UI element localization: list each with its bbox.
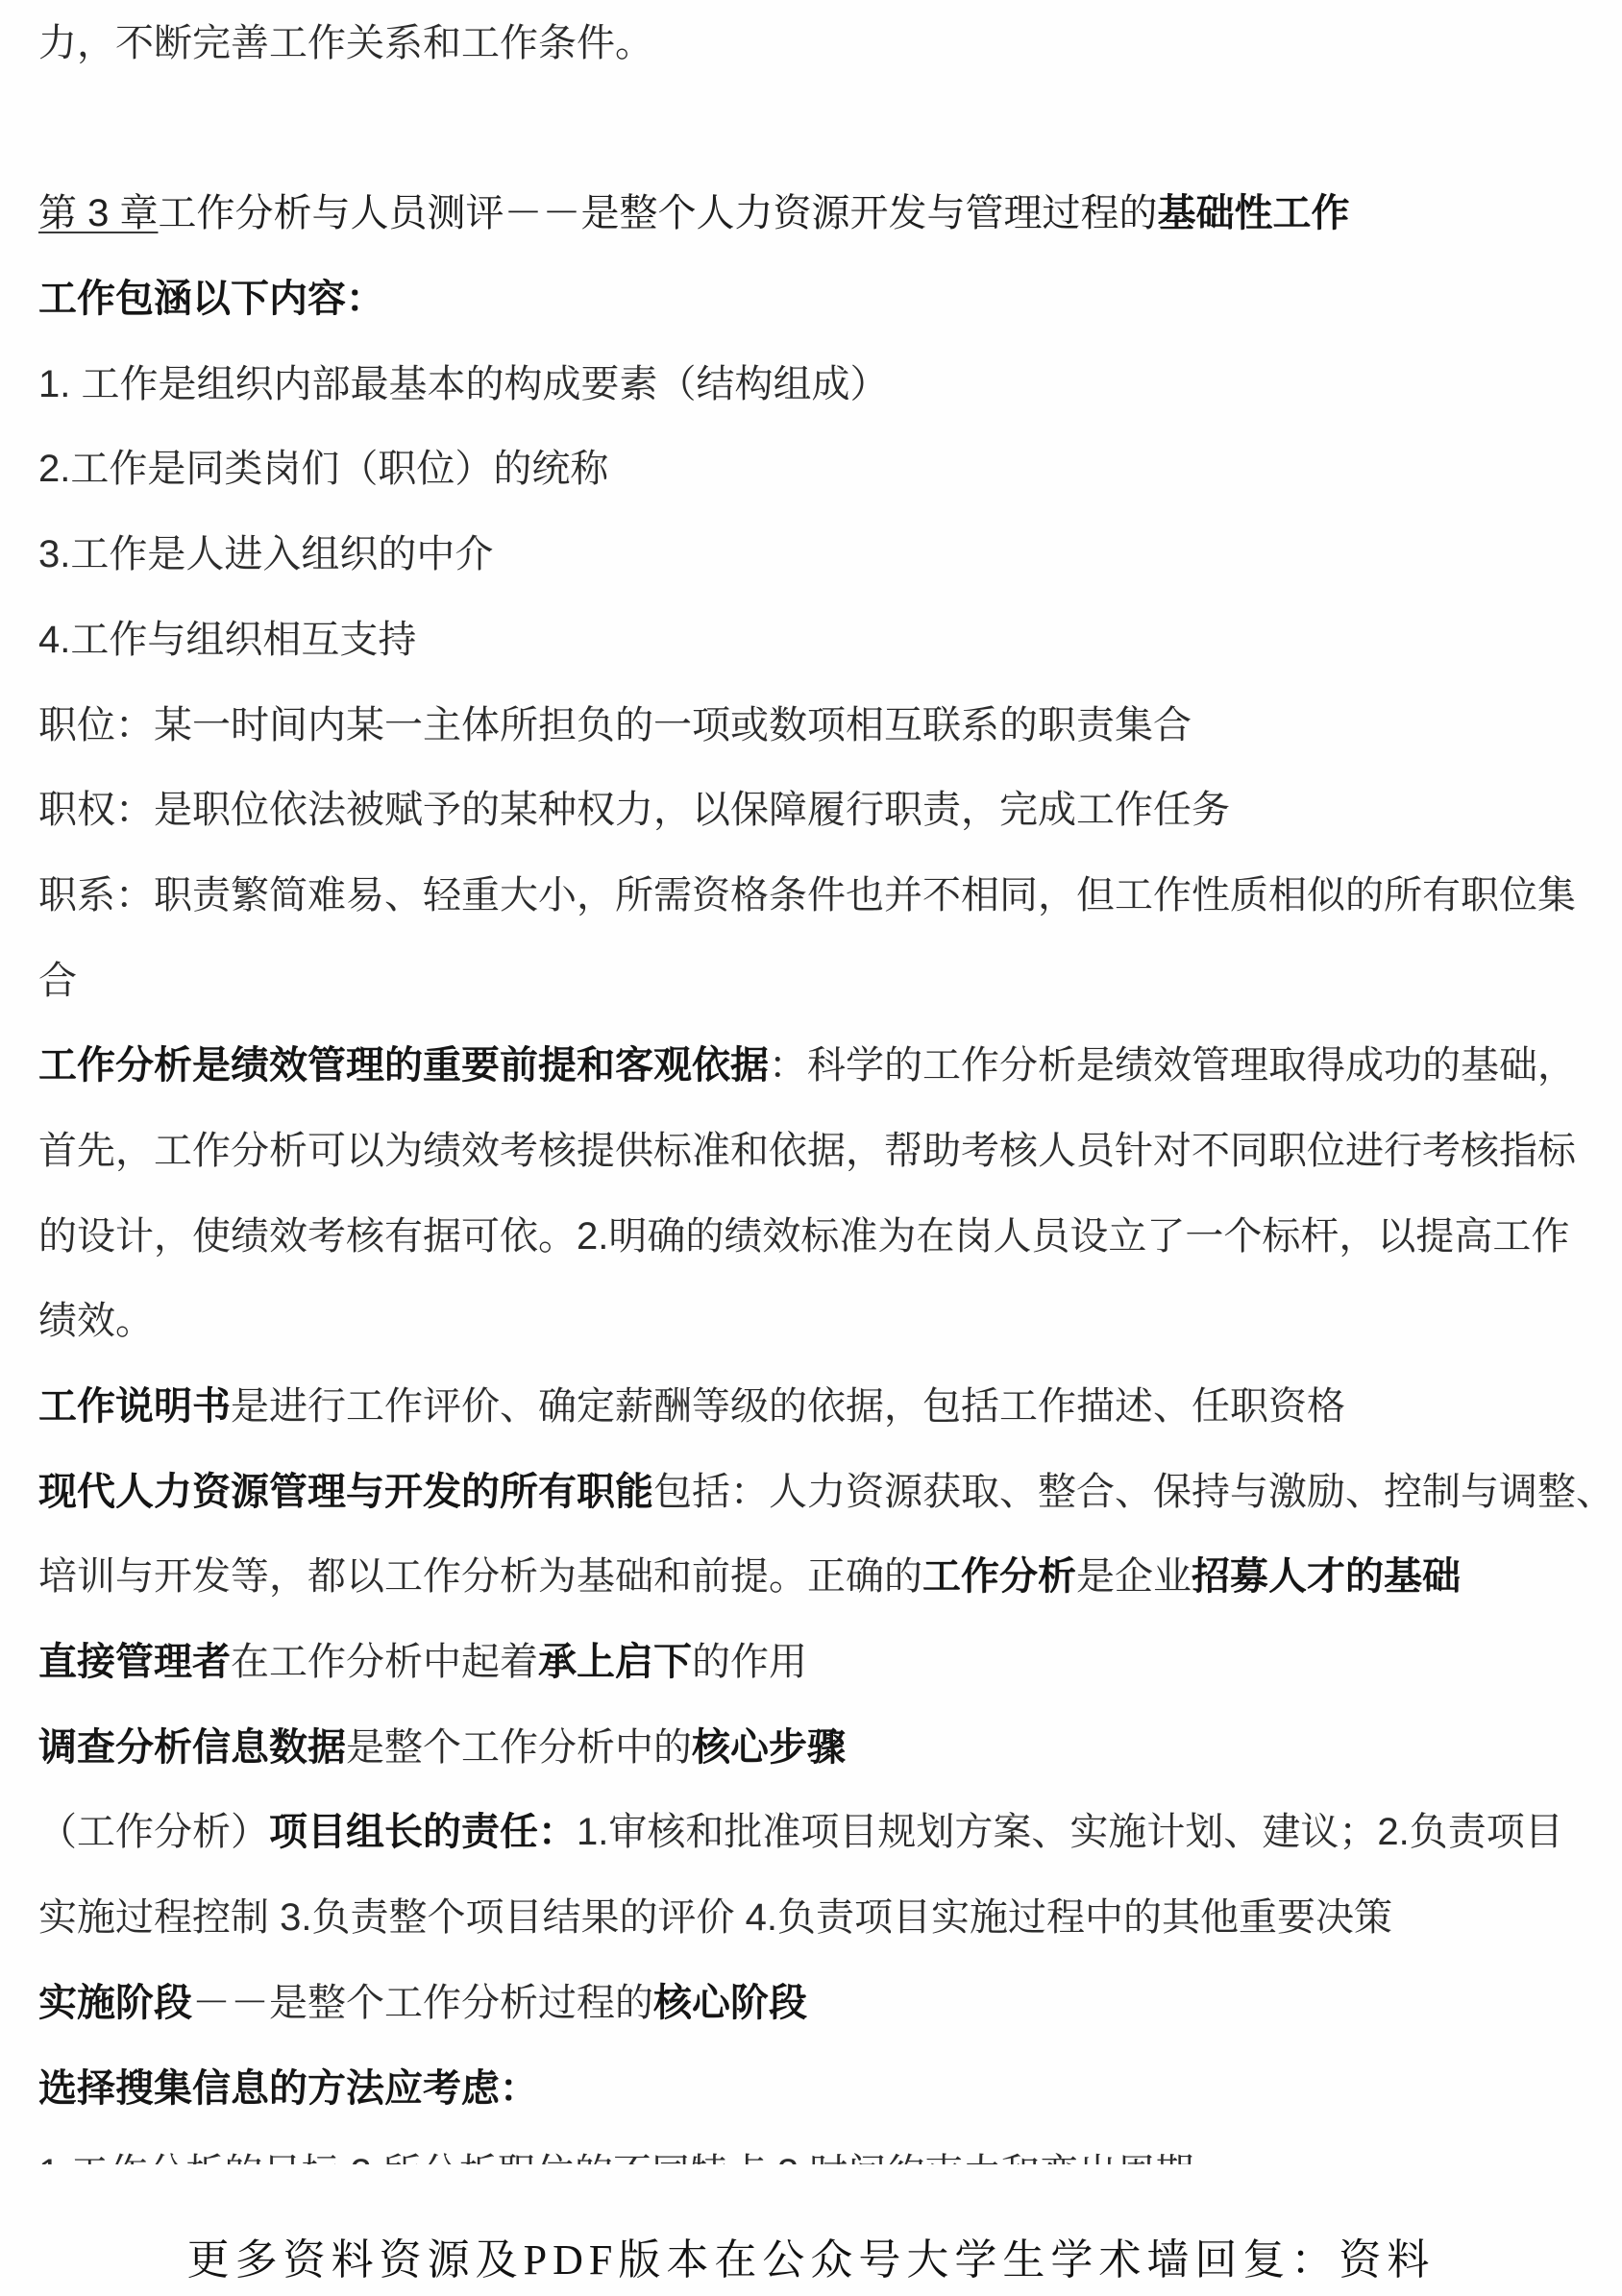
- bold-term: 调查分析信息数据: [38, 1726, 346, 1769]
- bold-term: 现代人力资源管理与开发的所有职能: [38, 1471, 653, 1513]
- text-segment: 力，不断完善工作关系和工作条件。: [38, 22, 653, 64]
- paragraph-line: （工作分析）项目组长的责任：1.审核和批准项目规划方案、实施计划、建议；2.负责…: [38, 1790, 1622, 1875]
- chapter-number: 第 3 章: [38, 192, 158, 234]
- text-segment: 培训与开发等，都以工作分析为基础和前提。正确的: [38, 1555, 922, 1598]
- text-segment: 包括：人力资源获取、整合、保持与激励、控制与调整、: [653, 1471, 1614, 1513]
- chapter-heading: 第 3 章工作分析与人员测评－－是整个人力资源开发与管理过程的基础性工作: [38, 171, 1622, 256]
- paragraph-line: 力，不断完善工作关系和工作条件。: [38, 1, 1622, 86]
- chapter-title: 工作分析与人员测评－－是整个人力资源开发与管理过程的: [158, 192, 1157, 234]
- text-segment: 的设计，使绩效考核有据可依。2.明确的绩效标准为在岗人员设立了一个标杆，以提高工…: [38, 1215, 1569, 1258]
- paragraph-line: 合: [38, 939, 1622, 1024]
- paragraph-line: 工作说明书是进行工作评价、确定薪酬等级的依据，包括工作描述、任职资格: [38, 1364, 1622, 1450]
- text-segment: 实施过程控制 3.负责整个项目结果的评价 4.负责项目实施过程中的其他重要决策: [38, 1896, 1392, 1939]
- text-segment: 1.工作分析的目标 2.所分析职位的不同特点 3.时间约束力和变出周期: [38, 2152, 1193, 2164]
- bold-term: 招募人才的基础: [1192, 1555, 1461, 1598]
- bold-term: 核心步骤: [692, 1726, 846, 1769]
- text-segment: 3.工作是人进入组织的中介: [38, 533, 493, 575]
- text-segment: 2.工作是同类岗们（职位）的统称: [38, 448, 608, 490]
- text-segment: 是整个工作分析中的: [346, 1726, 692, 1769]
- footer-notice: 更多资料资源及PDF版本在公众号大学生学术墙回复：资料: [0, 2229, 1622, 2292]
- paragraph-line: 的设计，使绩效考核有据可依。2.明确的绩效标准为在岗人员设立了一个标杆，以提高工…: [38, 1194, 1622, 1280]
- text-segment: 合: [38, 960, 77, 1002]
- section-label: 选择搜集信息的方法应考虑：: [38, 2046, 1622, 2132]
- paragraph-line: 首先，工作分析可以为绩效考核提供标准和依据，帮助考核人员针对不同职位进行考核指标: [38, 1109, 1622, 1194]
- paragraph-line: 实施过程控制 3.负责整个项目结果的评价 4.负责项目实施过程中的其他重要决策: [38, 1875, 1622, 1961]
- text-segment: （工作分析）: [38, 1811, 269, 1853]
- paragraph-line: 现代人力资源管理与开发的所有职能包括：人力资源获取、整合、保持与激励、控制与调整…: [38, 1450, 1622, 1535]
- paragraph-line: 培训与开发等，都以工作分析为基础和前提。正确的工作分析是企业招募人才的基础: [38, 1534, 1622, 1620]
- paragraph-line: 调查分析信息数据是整个工作分析中的核心步骤: [38, 1705, 1622, 1791]
- list-item: 3.工作是人进入组织的中介: [38, 512, 1622, 598]
- text-segment: 4.工作与组织相互支持: [38, 619, 416, 661]
- text-segment: 在工作分析中起着: [231, 1641, 538, 1683]
- text-segment: 是进行工作评价、确定薪酬等级的依据，包括工作描述、任职资格: [231, 1385, 1345, 1428]
- document-page: 力，不断完善工作关系和工作条件。 第 3 章工作分析与人员测评－－是整个人力资源…: [0, 0, 1622, 2296]
- bold-term: 核心阶段: [653, 1982, 807, 2024]
- blank-line: [38, 86, 1622, 172]
- text-segment: 首先，工作分析可以为绩效考核提供标准和依据，帮助考核人员针对不同职位进行考核指标: [38, 1130, 1576, 1172]
- text-segment: 职系：职责繁简难易、轻重大小，所需资格条件也并不相同，但工作性质相似的所有职位集: [38, 874, 1576, 916]
- paragraph-line: 直接管理者在工作分析中起着承上启下的作用: [38, 1620, 1622, 1705]
- bold-term: 选择搜集信息的方法应考虑：: [38, 2067, 538, 2110]
- bold-term: 工作分析: [922, 1555, 1076, 1598]
- document-body: 力，不断完善工作关系和工作条件。 第 3 章工作分析与人员测评－－是整个人力资源…: [38, 1, 1622, 2164]
- text-segment: 1.审核和批准项目规划方案、实施计划、建议；2.负责项目: [577, 1811, 1563, 1853]
- list-item: 1. 工作是组织内部最基本的构成要素（结构组成）: [38, 342, 1622, 427]
- text-segment: 职位：某一时间内某一主体所担负的一项或数项相互联系的职责集合: [38, 704, 1192, 746]
- bold-term: 项目组长的责任：: [269, 1811, 577, 1853]
- text-segment: 职权：是职位依法被赋予的某种权力，以保障履行职责，完成工作任务: [38, 789, 1230, 831]
- paragraph-line: 实施阶段－－是整个工作分析过程的核心阶段: [38, 1961, 1622, 2046]
- bold-term: 直接管理者: [38, 1641, 231, 1683]
- text-segment: 的作用: [692, 1641, 807, 1683]
- definition-authority: 职权：是职位依法被赋予的某种权力，以保障履行职责，完成工作任务: [38, 768, 1622, 853]
- clipped-line: 1.工作分析的目标 2.所分析职位的不同特点 3.时间约束力和变出周期: [38, 2131, 1622, 2164]
- bold-term: 工作包涵以下内容：: [38, 278, 384, 320]
- paragraph-line: 绩效。: [38, 1279, 1622, 1364]
- bold-term: 实施阶段: [38, 1982, 192, 2024]
- bold-term: 工作分析是绩效管理的重要前提和客观依据: [38, 1044, 769, 1087]
- section-label: 工作包涵以下内容：: [38, 256, 1622, 342]
- bold-term: 承上启下: [538, 1641, 692, 1683]
- definition-job-series: 职系：职责繁简难易、轻重大小，所需资格条件也并不相同，但工作性质相似的所有职位集: [38, 853, 1622, 939]
- text-segment: 绩效。: [38, 1300, 154, 1342]
- text-segment: 是企业: [1076, 1555, 1192, 1598]
- text-segment: ：科学的工作分析是绩效管理取得成功的基础，: [769, 1044, 1576, 1087]
- text-segment: 1. 工作是组织内部最基本的构成要素（结构组成）: [38, 363, 888, 405]
- text-segment: －－是整个工作分析过程的: [192, 1982, 653, 2024]
- paragraph-line: 工作分析是绩效管理的重要前提和客观依据：科学的工作分析是绩效管理取得成功的基础，: [38, 1023, 1622, 1109]
- bold-term: 基础性工作: [1157, 192, 1349, 234]
- bold-term: 工作说明书: [38, 1385, 231, 1428]
- list-item: 4.工作与组织相互支持: [38, 598, 1622, 683]
- list-item: 2.工作是同类岗们（职位）的统称: [38, 427, 1622, 512]
- definition-position: 职位：某一时间内某一主体所担负的一项或数项相互联系的职责集合: [38, 683, 1622, 769]
